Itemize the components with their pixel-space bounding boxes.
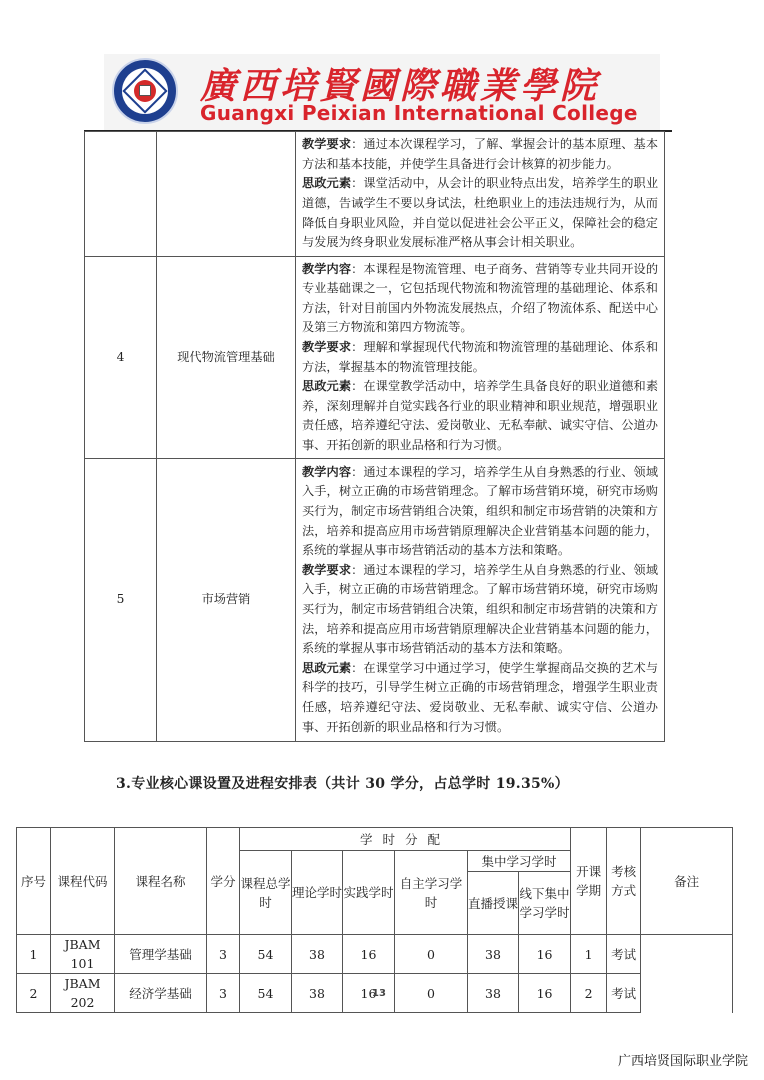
cell-theory: 38 [292,935,343,974]
cell-self: 0 [395,974,468,1013]
header-code: 课程代码 [51,828,115,935]
table-row: 1 JBAM 101 管理学基础 3 54 38 16 0 38 16 1 考试 [17,935,733,974]
course-number: 4 [85,257,157,459]
cell-total: 54 [240,974,292,1013]
description-section: 教学要求：通过本课程的学习，培养学生从自身熟悉的行业、领域入手，树立正确的市场营… [302,561,658,659]
description-section: 教学要求：通过本次课程学习，了解、掌握会计的基本原理、基本方法和基本技能，并使学… [302,135,658,174]
course-description: 教学内容：通过本课程的学习，培养学生从自身熟悉的行业、领域入手，树立正确的市场营… [296,459,665,742]
core-course-table: 序号 课程代码 课程名称 学分 学时分配 开课学期 考核方式 备注 课程总学时 … [16,827,733,1013]
header-self-study-hours: 自主学习学时 [395,851,468,935]
college-banner: 廣西培賢國際職業學院 Guangxi Peixian International… [104,54,660,130]
description-section: 思政元素：在课堂学习中通过学习，使学生掌握商品交换的艺术与科学的技巧，引导学生树… [302,659,658,737]
cell-remarks [641,935,733,1013]
cell-theory: 38 [292,974,343,1013]
section-label: 思政元素 [302,176,351,190]
cell-name: 经济学基础 [115,974,207,1013]
cell-offline: 16 [519,935,571,974]
header-concentrated-group: 集中学习学时 [468,851,571,872]
section-text: ：理解和掌握现代代物流和物流管理的基础理论、体系和方法，掌握基本的物流管理技能。 [302,340,658,374]
cell-credits: 3 [207,935,240,974]
book-icon [139,85,151,96]
table-row: 5 市场营销 教学内容：通过本课程的学习，培养学生从自身熟悉的行业、领域入手，树… [85,459,665,742]
course-description-table: 教学要求：通过本次课程学习，了解、掌握会计的基本原理、基本方法和基本技能，并使学… [84,131,665,742]
cell-seq: 2 [17,974,51,1013]
course-description: 教学内容：本课程是物流管理、电子商务、营销等专业共同开设的专业基础课之一，它包括… [296,257,665,459]
cell-self: 0 [395,935,468,974]
section-text: ：在课堂学习中通过学习，使学生掌握商品交换的艺术与科学的技巧，引导学生树立正确的… [302,661,658,734]
cell-semester: 2 [571,974,607,1013]
footer-college-name: 广西培贤国际职业学院 [618,1050,748,1069]
cell-total: 54 [240,935,292,974]
section-text: ：课堂活动中，从会计的职业特点出发，培养学生的职业道德，告诫学生不要以身试法，杜… [302,176,658,249]
section-text: ：通过本次课程学习，了解、掌握会计的基本原理、基本方法和基本技能，并使学生具备进… [302,137,658,171]
table-row: 教学要求：通过本次课程学习，了解、掌握会计的基本原理、基本方法和基本技能，并使学… [85,132,665,257]
header-total-hours: 课程总学时 [240,851,292,935]
cell-live: 38 [468,974,519,1013]
section-text: ：通过本课程的学习，培养学生从自身熟悉的行业、领域入手，树立正确的市场营销理念。… [302,465,658,557]
course-name: 市场营销 [157,459,296,742]
header-live-class: 直播授课 [468,872,519,935]
cell-practice: 16 [343,935,395,974]
section-label: 教学要求 [302,563,351,577]
page-number: 13 [372,988,386,999]
course-number: 5 [85,459,157,742]
section-text: ：在课堂教学活动中，培养学生具备良好的职业道德和素养，深刻理解并自觉实践各行业的… [302,379,658,452]
section-text: ：本课程是物流管理、电子商务、营销等专业共同开设的专业基础课之一，它包括现代物流… [302,262,658,335]
cell-name: 管理学基础 [115,935,207,974]
section-label: 思政元素 [302,661,351,675]
header-seq: 序号 [17,828,51,935]
header-offline-hours: 线下集中学习学时 [519,872,571,935]
section-label: 思政元素 [302,379,351,393]
section-text: ：通过本课程的学习，培养学生从自身熟悉的行业、领域入手，树立正确的市场营销理念。… [302,563,658,655]
description-section: 教学要求：理解和掌握现代代物流和物流管理的基础理论、体系和方法，掌握基本的物流管… [302,338,658,377]
cell-semester: 1 [571,935,607,974]
section-label: 教学内容 [302,262,351,276]
description-section: 教学内容：通过本课程的学习，培养学生从自身熟悉的行业、领域入手，树立正确的市场营… [302,463,658,561]
course-number [85,132,157,257]
section-label: 教学内容 [302,465,351,479]
cell-live: 38 [468,935,519,974]
course-name [157,132,296,257]
section-label: 教学要求 [302,340,351,354]
description-section: 思政元素：课堂活动中，从会计的职业特点出发，培养学生的职业道德，告诫学生不要以身… [302,174,658,252]
table-row: 4 现代物流管理基础 教学内容：本课程是物流管理、电子商务、营销等专业共同开设的… [85,257,665,459]
header-credits: 学分 [207,828,240,935]
header-practice-hours: 实践学时 [343,851,395,935]
course-name: 现代物流管理基础 [157,257,296,459]
cell-seq: 1 [17,935,51,974]
description-section: 教学内容：本课程是物流管理、电子商务、营销等专业共同开设的专业基础课之一，它包括… [302,260,658,338]
cell-practice: 16 [343,974,395,1013]
header-row: 序号 课程代码 课程名称 学分 学时分配 开课学期 考核方式 备注 [17,828,733,851]
header-hours-group: 学时分配 [240,828,571,851]
header-assessment: 考核方式 [607,828,641,935]
section-heading: 3.专业核心课设置及进程安排表（共计 30 学分，占总学时 19.35%） [116,773,569,793]
header-theory-hours: 理论学时 [292,851,343,935]
description-section: 思政元素：在课堂教学活动中，培养学生具备良好的职业道德和素养，深刻理解并自觉实践… [302,377,658,455]
section-label: 教学要求 [302,137,351,151]
header-name: 课程名称 [115,828,207,935]
header-semester: 开课学期 [571,828,607,935]
cell-code: JBAM 202 [51,974,115,1013]
header-remarks: 备注 [641,828,733,935]
cell-credits: 3 [207,974,240,1013]
college-logo-icon [112,58,178,124]
cell-assessment: 考试 [607,935,641,974]
college-name-en: Guangxi Peixian International College [200,101,638,125]
cell-code: JBAM 101 [51,935,115,974]
cell-assessment: 考试 [607,974,641,1013]
course-description: 教学要求：通过本次课程学习，了解、掌握会计的基本原理、基本方法和基本技能，并使学… [296,132,665,257]
cell-offline: 16 [519,974,571,1013]
